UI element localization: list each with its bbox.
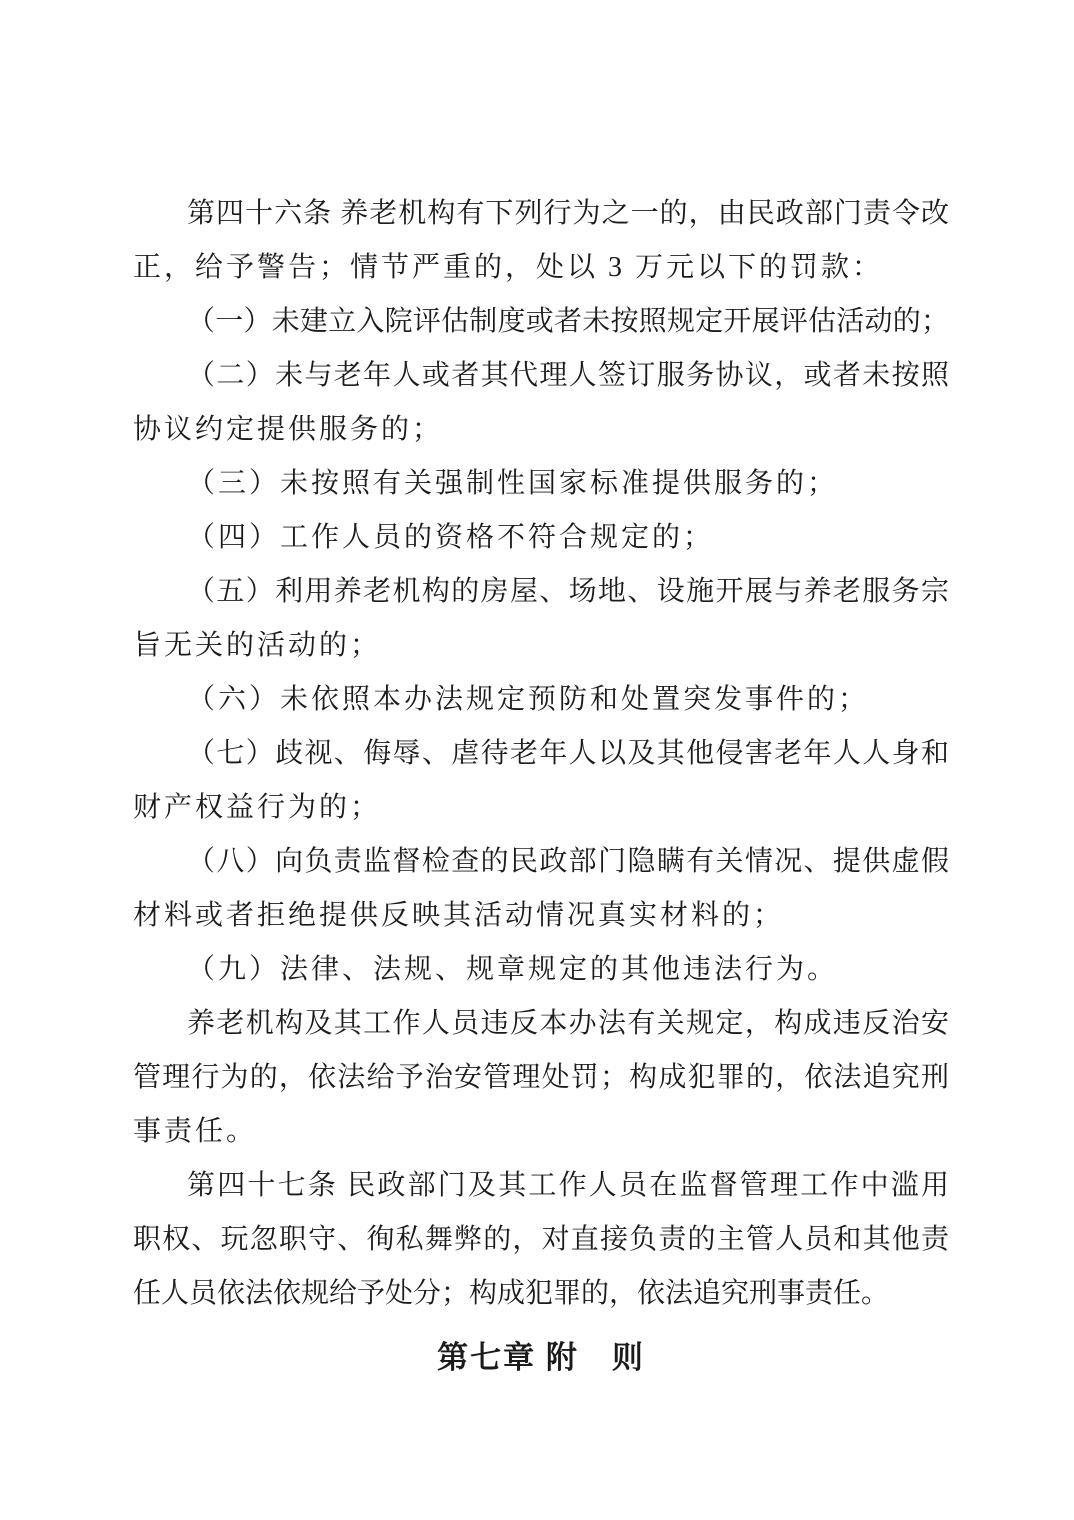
- text-line: 协议约定提供服务的；: [133, 403, 949, 457]
- text-line: 旨无关的活动的；: [133, 619, 949, 673]
- text-line: （八）向负责监督检查的民政部门隐瞒有关情况、提供虚假: [133, 835, 949, 889]
- text-line: （六）未依照本办法规定预防和处置突发事件的；: [133, 673, 949, 727]
- document-body: 第四十六条 养老机构有下列行为之一的，由民政部门责令改正，给予警告；情节严重的，…: [133, 187, 949, 1385]
- text-line: 养老机构及其工作人员违反本办法有关规定，构成违反治安: [133, 997, 949, 1051]
- text-line: 事责任。: [133, 1105, 949, 1159]
- text-line: 财产权益行为的；: [133, 781, 949, 835]
- text-line: （九）法律、法规、规章规定的其他违法行为。: [133, 943, 949, 997]
- text-line: 管理行为的，依法给予治安管理处罚；构成犯罪的，依法追究刑: [133, 1051, 949, 1105]
- chapter-heading: 第七章 附 则: [133, 1331, 949, 1385]
- text-line: （一）未建立入院评估制度或者未按照规定开展评估活动的；: [133, 295, 949, 349]
- text-line: 任人员依法依规给予处分；构成犯罪的，依法追究刑事责任。: [133, 1267, 949, 1321]
- text-line: （二）未与老年人或者其代理人签订服务协议，或者未按照: [133, 349, 949, 403]
- text-line: （三）未按照有关强制性国家标准提供服务的；: [133, 457, 949, 511]
- document-page: 第四十六条 养老机构有下列行为之一的，由民政部门责令改正，给予警告；情节严重的，…: [0, 0, 1074, 1520]
- text-line: （七）歧视、侮辱、虐待老年人以及其他侵害老年人人身和: [133, 727, 949, 781]
- text-line: 职权、玩忽职守、徇私舞弊的，对直接负责的主管人员和其他责: [133, 1213, 949, 1267]
- text-line: 第四十七条 民政部门及其工作人员在监督管理工作中滥用: [133, 1159, 949, 1213]
- text-line: 第四十六条 养老机构有下列行为之一的，由民政部门责令改: [133, 187, 949, 241]
- text-line: 材料或者拒绝提供反映其活动情况真实材料的；: [133, 889, 949, 943]
- text-line: （四）工作人员的资格不符合规定的；: [133, 511, 949, 565]
- text-line: 正，给予警告；情节严重的，处以 3 万元以下的罚款：: [133, 241, 949, 295]
- text-line: （五）利用养老机构的房屋、场地、设施开展与养老服务宗: [133, 565, 949, 619]
